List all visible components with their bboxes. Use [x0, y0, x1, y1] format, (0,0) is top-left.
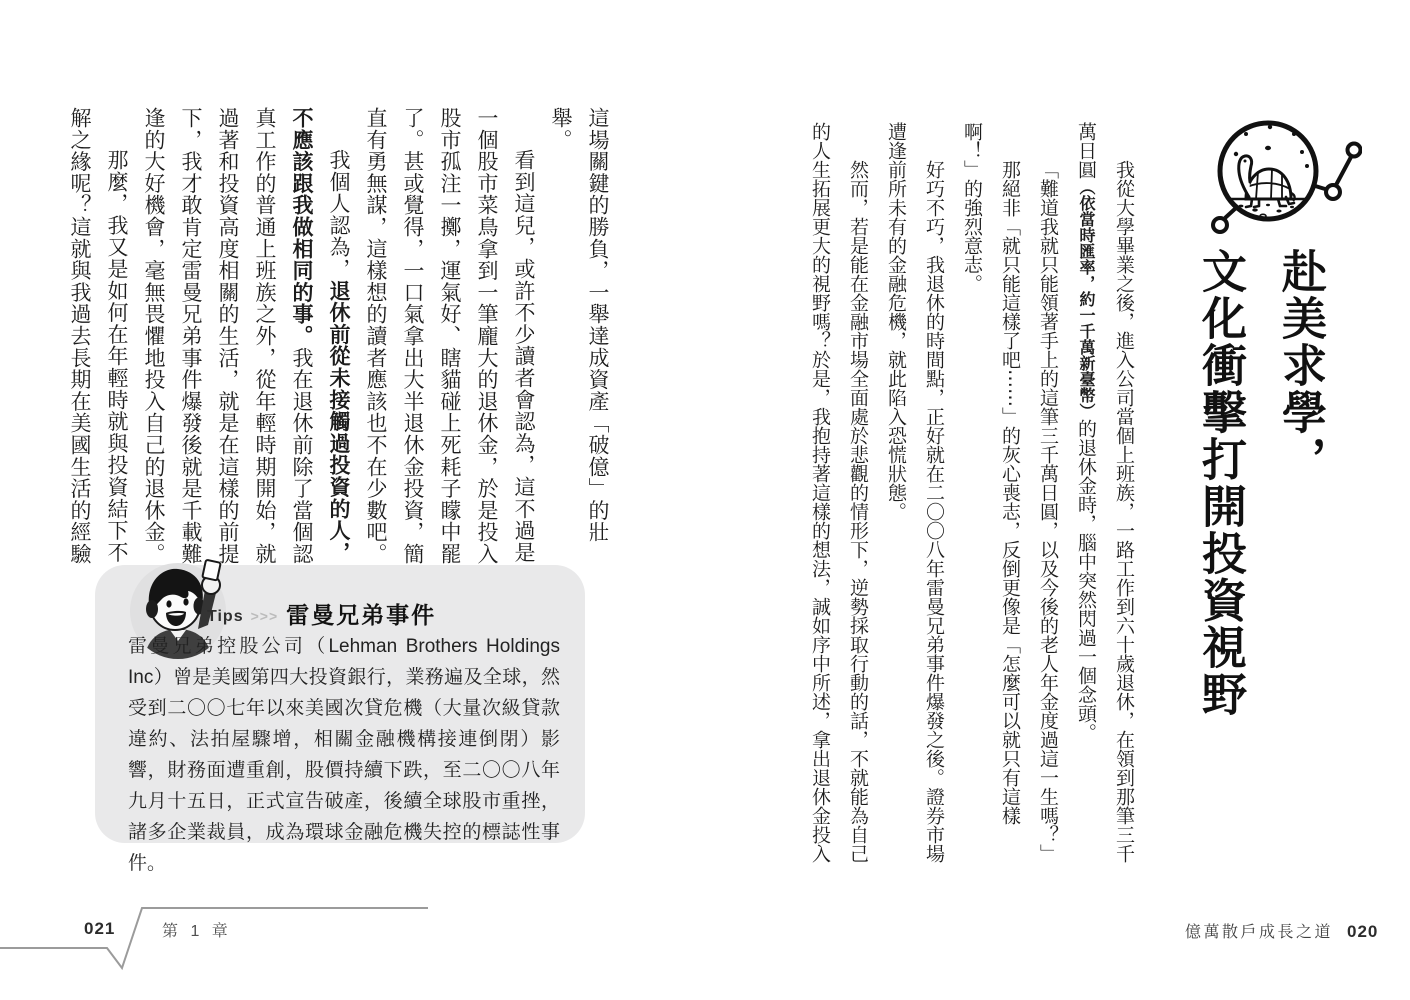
- paragraph: 這場關鍵的勝負，一舉達成資產「破億」的壯舉。: [542, 107, 616, 569]
- paragraph: 那絕非「就只能這樣了吧⋯⋯」的灰心喪志，反倒更像是「怎麼可以就只有這樣啊！」的強…: [952, 122, 1028, 864]
- tips-arrows-icon: >>>: [251, 608, 279, 624]
- book-title-footer: 億萬散戶成長之道: [1185, 924, 1333, 941]
- tips-header: Tips>>>雷曼兄弟事件: [207, 597, 436, 630]
- book-spread: 赴美求學， 文化衝擊打開投資視野 我從大學畢業之後，進入公司當個上班族，一路工作…: [0, 0, 1410, 1000]
- paragraph: 看到這兒，或許不少讀者會認為，這不過是一個股市菜鳥拿到一筆龐大的退休金，於是投入…: [357, 107, 542, 569]
- paragraph: 「難道我就只能領著手上的這筆三千萬日圓，以及今後的老人年金度過這一生嗎？」: [1028, 122, 1066, 864]
- paragraph: 我個人認為，退休前從未接觸過投資的人，不應該跟我做相同的事。我在退休前除了當個認…: [135, 107, 357, 569]
- tips-label: Tips: [207, 608, 244, 625]
- tips-title: 雷曼兄弟事件: [286, 602, 436, 628]
- body-text-left: 這場關鍵的勝負，一舉達成資產「破億」的壯舉。 看到這兒，或許不少讀者會認為，這不…: [76, 107, 616, 569]
- paragraph: 好巧不巧，我退休的時間點，正好就在二〇〇八年雷曼兄弟事件爆發之後。證券市場遭逢前…: [876, 122, 952, 864]
- page-number-right: 020: [1347, 922, 1378, 941]
- page-number-left: 021: [84, 919, 115, 939]
- tips-body: 雷曼兄弟控股公司（Lehman Brothers Holdings Inc）曾是…: [128, 631, 560, 879]
- paragraph: 那麼，我又是如何在年輕時就與投資結下不解之緣呢？這就與我過去長期在美國生活的經驗: [61, 107, 135, 569]
- turtle-with-stock-chart-icon: [1206, 106, 1362, 254]
- body-text-right: 我從大學畢業之後，進入公司當個上班族，一路工作到六十歲退休，在領到那筆三千萬日圓…: [790, 122, 1142, 864]
- inline-exchange-rate-note: （依當時匯率，約一千萬新臺幣）: [1077, 179, 1094, 419]
- tips-box: Tips>>>雷曼兄弟事件 雷曼兄弟控股公司（Lehman Brothers H…: [95, 565, 585, 843]
- chapter-title-line: 文化衝擊打開投資視野: [1180, 248, 1260, 718]
- footer-right: 億萬散戶成長之道020: [1185, 919, 1378, 942]
- paragraph: 我從大學畢業之後，進入公司當個上班族，一路工作到六十歲退休，在領到那筆三千萬日圓…: [1066, 122, 1142, 864]
- paragraph: 然而，若是能在金融市場全面處於悲觀的情形下，逆勢採取行動的話，不就能為自己的人生…: [800, 122, 876, 864]
- chapter-title: 赴美求學， 文化衝擊打開投資視野: [1180, 248, 1340, 718]
- chapter-label: 第 1 章: [162, 918, 232, 941]
- chapter-title-line: 赴美求學，: [1260, 248, 1340, 718]
